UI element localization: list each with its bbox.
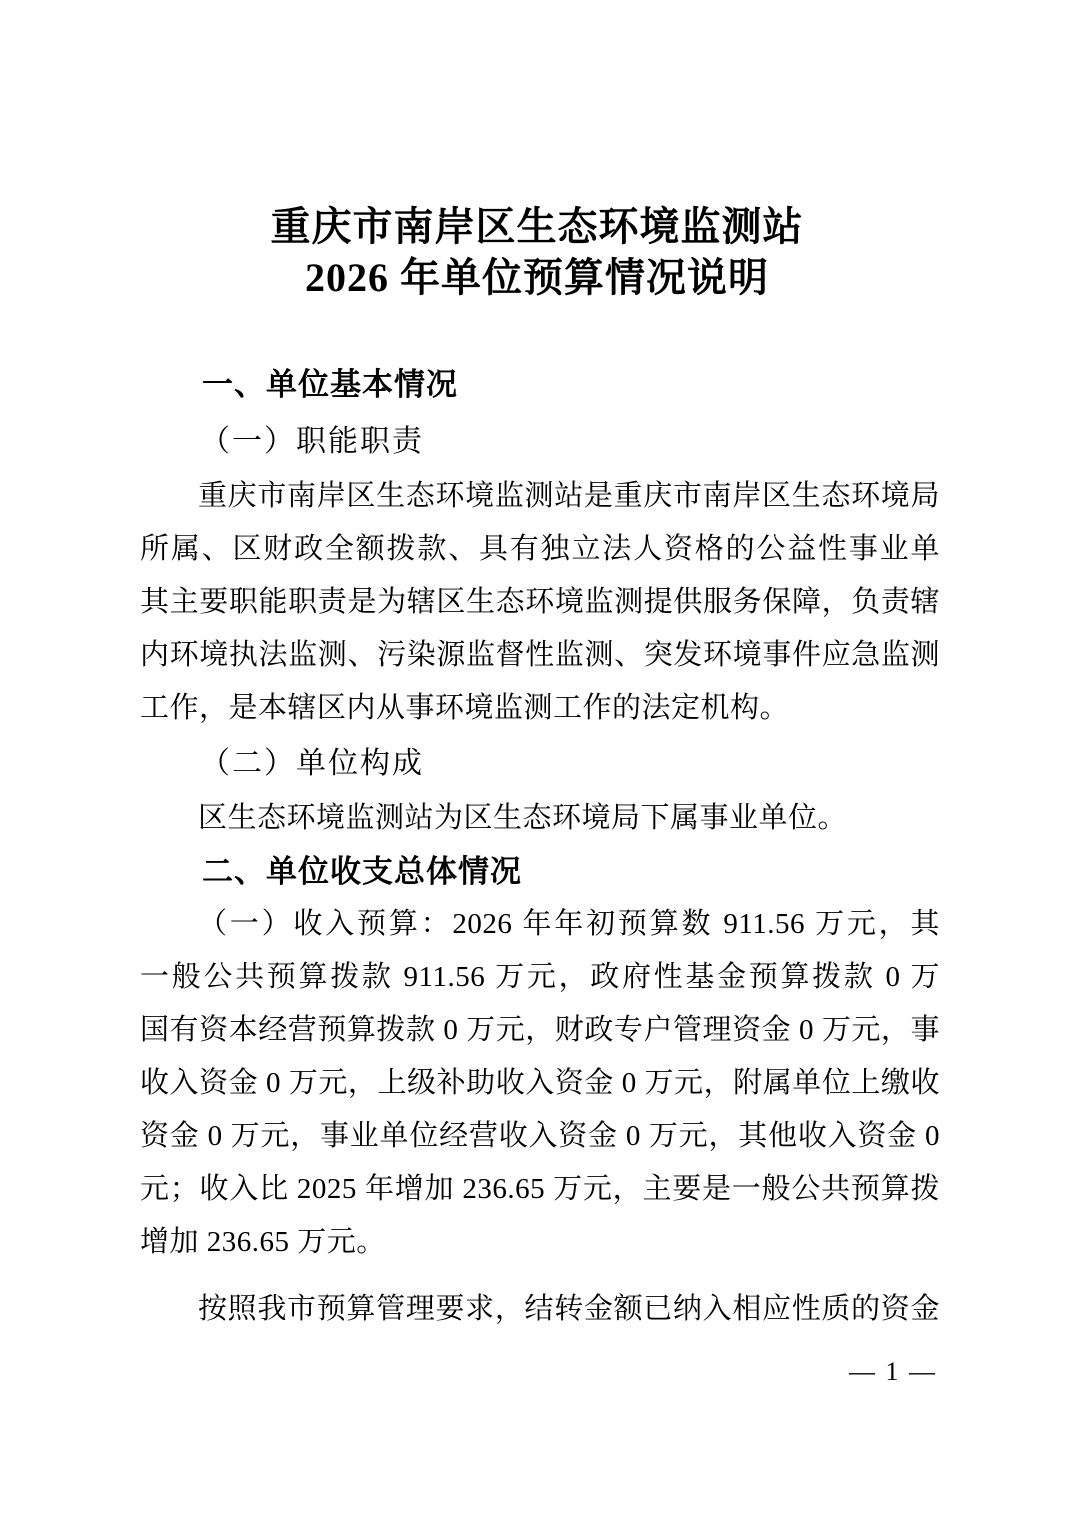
text-line: 收入资金 0 万元，上级补助收入资金 0 万元，附属单位上缴收入 bbox=[140, 1057, 940, 1110]
text-line: 其主要职能职责是为辖区生态环境监测提供服务保障，负责辖区 bbox=[140, 576, 940, 629]
section-heading-basic-info: 一、单位基本情况 bbox=[140, 358, 940, 411]
text-line: 重庆市南岸区生态环境监测站是重庆市南岸区生态环境局 bbox=[140, 470, 940, 523]
subsection-heading-composition: （二）单位构成 bbox=[140, 737, 940, 790]
text-line: 增加 236.65 万元。 bbox=[140, 1216, 940, 1269]
paragraph-composition: 区生态环境监测站为区生态环境局下属事业单位。 bbox=[140, 792, 940, 845]
text-line: 内环境执法监测、污染源监督性监测、突发环境事件应急监测等 bbox=[140, 629, 940, 682]
paragraph-duties: 重庆市南岸区生态环境监测站是重庆市南岸区生态环境局所属、区财政全额拨款、具有独立… bbox=[140, 470, 940, 735]
document-title-line2: 2026 年单位预算情况说明 bbox=[0, 252, 1074, 303]
section-heading-budget-overview: 二、单位收支总体情况 bbox=[140, 845, 940, 898]
text-line: 工作，是本辖区内从事环境监测工作的法定机构。 bbox=[140, 682, 940, 735]
text-line: 资金 0 万元，事业单位经营收入资金 0 万元，其他收入资金 0 万 bbox=[140, 1110, 940, 1163]
document-body: 一、单位基本情况 （一）职能职责 重庆市南岸区生态环境监测站是重庆市南岸区生态环… bbox=[140, 358, 940, 1336]
text-line: 一般公共预算拨款 911.56 万元，政府性基金预算拨款 0 万元， bbox=[140, 951, 940, 1004]
subsection-heading-duties: （一）职能职责 bbox=[140, 415, 940, 468]
document-title: 重庆市南岸区生态环境监测站 2026 年单位预算情况说明 bbox=[0, 201, 1074, 303]
paragraph-income-budget: （一）收入预算：2026 年年初预算数 911.56 万元，其中：一般公共预算拨… bbox=[140, 898, 940, 1269]
text-line: 区生态环境监测站为区生态环境局下属事业单位。 bbox=[140, 792, 940, 845]
text-line: 按照我市预算管理要求，结转金额已纳入相应性质的资金收 bbox=[140, 1283, 940, 1336]
paragraph-carryover-note: 按照我市预算管理要求，结转金额已纳入相应性质的资金收 bbox=[140, 1283, 940, 1336]
document-page: 重庆市南岸区生态环境监测站 2026 年单位预算情况说明 一、单位基本情况 （一… bbox=[0, 0, 1074, 1520]
document-title-line1: 重庆市南岸区生态环境监测站 bbox=[0, 201, 1074, 252]
text-line: （一）收入预算：2026 年年初预算数 911.56 万元，其中： bbox=[140, 898, 940, 951]
text-line: 国有资本经营预算拨款 0 万元，财政专户管理资金 0 万元，事业 bbox=[140, 1004, 940, 1057]
text-line: 元；收入比 2025 年增加 236.65 万元，主要是一般公共预算拨款 bbox=[140, 1163, 940, 1216]
text-line: 所属、区财政全额拨款、具有独立法人资格的公益性事业单位， bbox=[140, 523, 940, 576]
page-number: — 1 — bbox=[849, 1356, 937, 1388]
